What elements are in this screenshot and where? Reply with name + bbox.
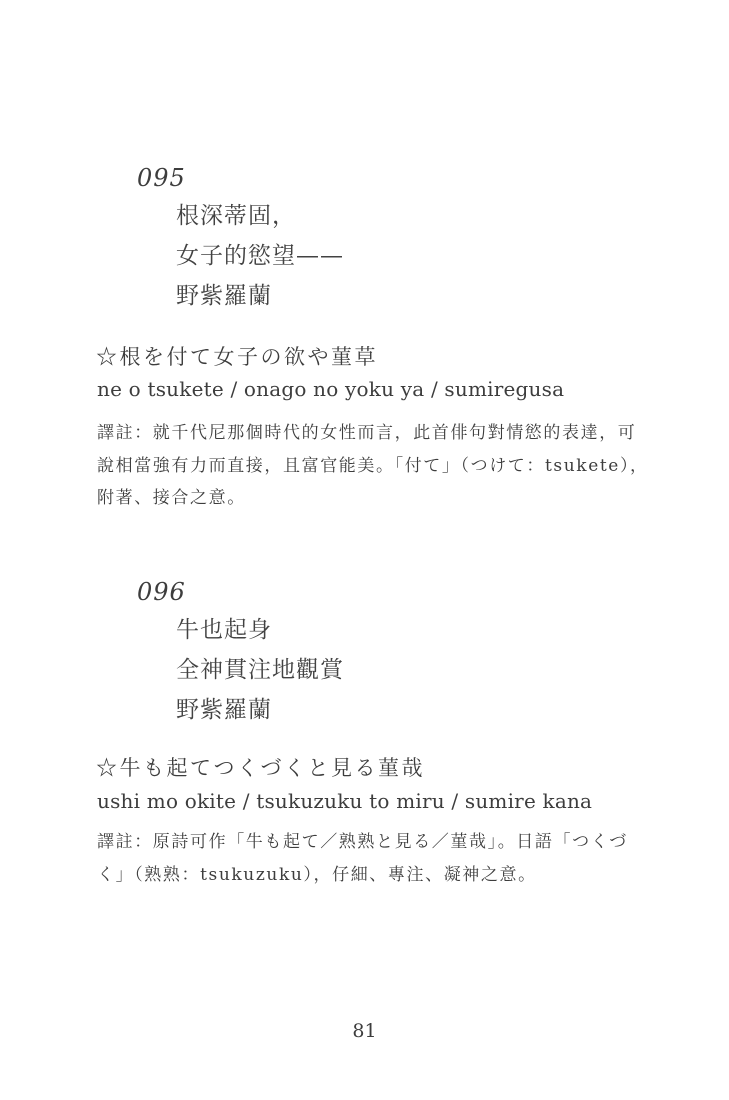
haiku-original: ☆牛も起てつくづくと見る菫哉 — [96, 752, 425, 782]
poem-number: 095 — [137, 164, 186, 192]
poem-line: 野紫羅蘭 — [176, 690, 344, 730]
translator-note: 譯註：原詩可作「牛も起て／熟熟と見る／菫哉」。日語「つくづ く」（熟熟：tsuk… — [97, 826, 657, 891]
book-page: 095 根深蒂固， 女子的慾望—— 野紫羅蘭 ☆根を付て女子の欲や菫草 ne o… — [0, 0, 729, 1100]
poem-line: 牛也起身 — [176, 610, 344, 650]
poem-line: 根深蒂固， — [176, 196, 344, 236]
haiku-original: ☆根を付て女子の欲や菫草 — [96, 341, 378, 371]
translator-note-line: 譯註：原詩可作「牛も起て／熟熟と見る／菫哉」。日語「つくづ — [97, 826, 657, 859]
poem-translation: 根深蒂固， 女子的慾望—— 野紫羅蘭 — [176, 196, 344, 316]
translator-note-line: 譯註：就千代尼那個時代的女性而言，此首俳句對情慾的表達，可 — [97, 417, 657, 450]
poem-translation: 牛也起身 全神貫注地觀賞 野紫羅蘭 — [176, 610, 344, 730]
poem-number: 096 — [137, 578, 186, 606]
translator-note-line: 說相當強有力而直接，且富官能美。「付て」（つけて：tsukete）， — [97, 450, 657, 483]
haiku-romaji: ne o tsukete / onago no yoku ya / sumire… — [97, 377, 564, 401]
poem-line: 野紫羅蘭 — [176, 276, 344, 316]
page-number: 81 — [0, 1020, 729, 1042]
translator-note-line: く」（熟熟：tsukuzuku），仔細、專注、凝神之意。 — [97, 859, 657, 892]
haiku-romaji: ushi mo okite / tsukuzuku to miru / sumi… — [97, 789, 592, 813]
translator-note: 譯註：就千代尼那個時代的女性而言，此首俳句對情慾的表達，可 說相當強有力而直接，… — [97, 417, 657, 515]
poem-line: 女子的慾望—— — [176, 236, 344, 276]
poem-line: 全神貫注地觀賞 — [176, 650, 344, 690]
translator-note-line: 附著、接合之意。 — [97, 482, 657, 515]
